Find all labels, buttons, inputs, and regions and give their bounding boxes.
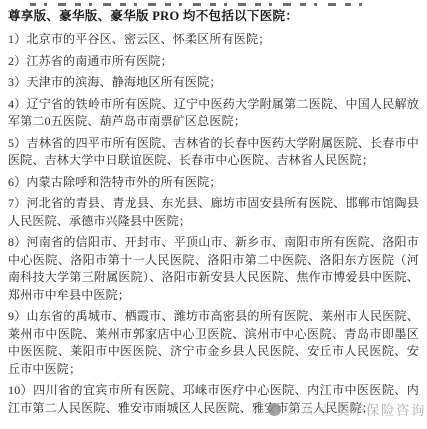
list-item: 5）吉林省的四平市所有医院、吉林省的长春中医药大学附属医院、长春市中医院、吉林大… (8, 135, 419, 170)
item-text: 山东省的禹城市、栖霞市、潍坊市高密县的所有医院、莱州市人民医院、莱州市中医院、莱… (8, 309, 419, 376)
item-number: 4） (8, 97, 27, 111)
list-item: 10）四川省的宜宾市所有医院、邛崃市医疗中心医院、内江市中医医院、内江市第二人民… (8, 382, 419, 417)
item-number: 1） (8, 32, 26, 46)
list-item: 3）天津市的滨海、静海地区所有医院； (8, 74, 419, 92)
list-item: 8）河南省的信阳市、开封市、平顶山市、新乡市、南阳市所有医院、洛阳市中心医院、洛… (8, 234, 419, 304)
item-text: 天津市的滨海、静海地区所有医院； (26, 75, 221, 89)
item-text: 吉林省的四平市所有医院、吉林省的长春中医药大学附属医院、长春市中医院、吉林大学中… (8, 136, 419, 168)
item-number: 7） (8, 196, 27, 210)
list-item: 2）江苏省的南通市所有医院； (8, 53, 419, 71)
item-text: 河南省的信阳市、开封市、平顶山市、新乡市、南阳市所有医院、洛阳市中心医院、洛阳市… (8, 235, 419, 302)
list-item: 6）内蒙古除呼和浩特市外的所有医院； (8, 174, 419, 192)
list-item: 7）河北省的青县、青龙县、东光县、廊坊市固安县所有医院、邯郸市馆陶县人民医院、承… (8, 195, 419, 230)
item-text: 江苏省的南通市所有医院； (26, 54, 172, 68)
item-text: 内蒙古除呼和浩特市外的所有医院； (26, 175, 221, 189)
item-number: 2） (8, 54, 26, 68)
item-text: 北京市的平谷区、密云区、怀柔区所有医院； (26, 32, 270, 46)
document-page: 尊享版、豪华版、豪华版 PRO 均不包括以下医院： 1）北京市的平谷区、密云区、… (0, 0, 427, 429)
item-number: 10） (8, 383, 33, 397)
item-text: 辽宁省的铁岭市所有医院、辽宁中医药大学附属第二医院、中国人民解放军第二0五医院、… (8, 97, 419, 129)
page-title: 尊享版、豪华版、豪华版 PRO 均不包括以下医院： (8, 8, 419, 25)
list-item: 9）山东省的禹城市、栖霞市、潍坊市高密县的所有医院、莱州市人民医院、莱州市中医院… (8, 308, 419, 378)
item-number: 9） (8, 309, 27, 323)
list-item: 4）辽宁省的铁岭市所有医院、辽宁中医药大学附属第二医院、中国人民解放军第二0五医… (8, 96, 419, 131)
hospital-exclusion-list: 1）北京市的平谷区、密云区、怀柔区所有医院； 2）江苏省的南通市所有医院； 3）… (8, 31, 419, 417)
item-number: 5） (8, 136, 27, 150)
item-number: 3） (8, 75, 26, 89)
clipped-text-remnant (30, 3, 365, 6)
item-text: 河北省的青县、青龙县、东光县、廊坊市固安县所有医院、邯郸市馆陶县人民医院、承德市… (8, 196, 419, 228)
item-number: 8） (8, 235, 27, 249)
item-text: 四川省的宜宾市所有医院、邛崃市医疗中心医院、内江市中医医院、内江市第二人民医院、… (8, 383, 419, 415)
list-item: 1）北京市的平谷区、密云区、怀柔区所有医院； (8, 31, 419, 49)
item-number: 6） (8, 175, 26, 189)
